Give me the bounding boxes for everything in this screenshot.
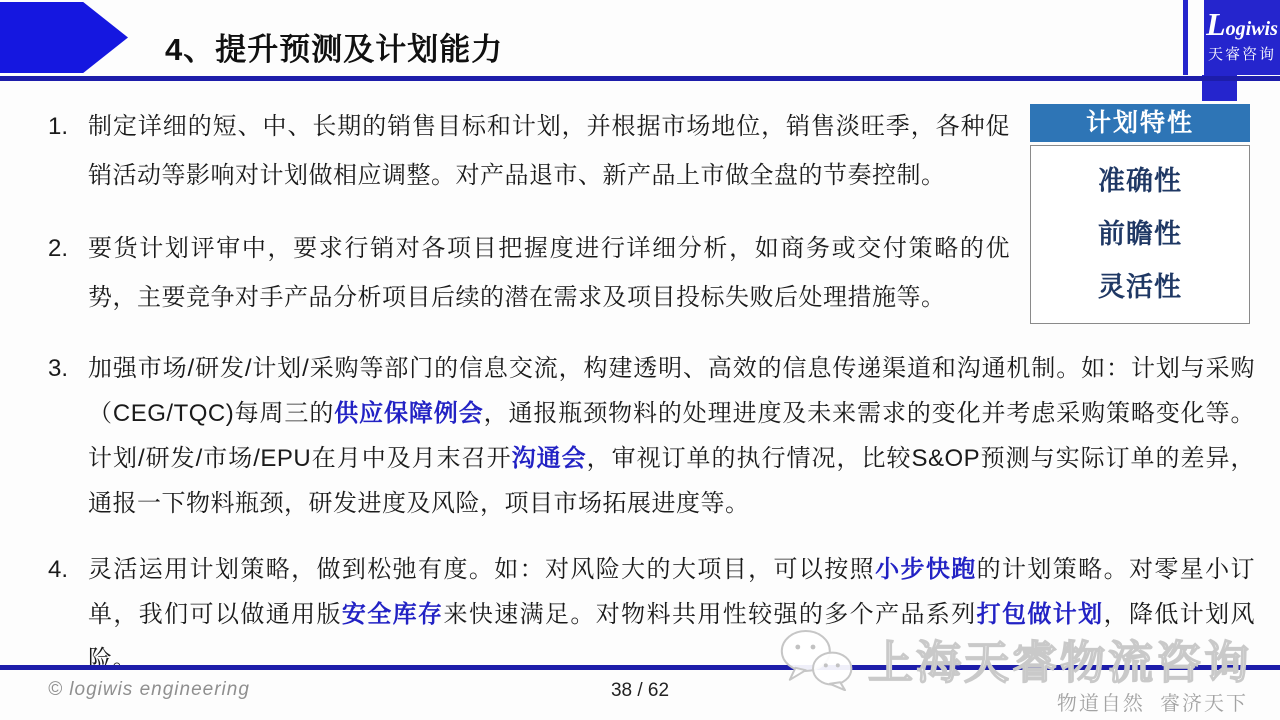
wechat-icon [776, 627, 858, 691]
logiwis-logo: Logiwis 天睿咨询 [1204, 0, 1280, 75]
list-item-number: 4. [48, 547, 88, 682]
highlighted-term: 小步快跑 [875, 556, 977, 583]
logo-subtitle: 天睿咨询 [1208, 43, 1276, 64]
side-box-title: 计划特性 [1030, 104, 1250, 142]
text-segment: 要货计划评审中，要求行销对各项目把握度进行详细分析，如商务或交付策略的优势，主要… [88, 235, 1010, 311]
side-box-item: 前瞻性 [1031, 208, 1249, 261]
plan-characteristics-box: 计划特性 准确性前瞻性灵活性 [1030, 104, 1250, 324]
list-item-text: 加强市场/研发/计划/采购等部门的信息交流，构建透明、高效的信息传递渠道和沟通机… [88, 346, 1255, 526]
watermark-text: 上海天睿物流咨询 [868, 626, 1252, 691]
list-item-text: 要货计划评审中，要求行销对各项目把握度进行详细分析，如商务或交付策略的优势，主要… [88, 224, 1010, 322]
text-segment: 来快速满足。对物料共用性较强的多个产品系列 [443, 601, 976, 628]
list-item-number: 2. [48, 224, 88, 322]
list-item-text: 制定详细的短、中、长期的销售目标和计划，并根据市场地位，销售淡旺季，各种促销活动… [88, 102, 1010, 200]
side-box-item: 灵活性 [1031, 261, 1249, 314]
header-divider-line [0, 76, 1280, 81]
list-item: 3.加强市场/研发/计划/采购等部门的信息交流，构建透明、高效的信息传递渠道和沟… [48, 346, 1255, 526]
header-arrow-shape [0, 2, 128, 73]
side-box-item: 准确性 [1031, 155, 1249, 208]
highlighted-term: 打包做计划 [977, 601, 1104, 628]
logo-brand-text: Logiwis [1206, 11, 1278, 42]
highlighted-term: 安全库存 [342, 601, 444, 628]
list-item-number: 1. [48, 102, 88, 200]
highlighted-term: 沟通会 [512, 445, 587, 472]
text-segment: 灵活运用计划策略，做到松弛有度。如：对风险大的大项目，可以按照 [88, 556, 875, 583]
page-title: 4、提升预测及计划能力 [165, 24, 503, 69]
footer-slogan: 物道自然 睿济天下 [1057, 687, 1248, 716]
text-segment: 制定详细的短、中、长期的销售目标和计划，并根据市场地位，销售淡旺季，各种促销活动… [88, 113, 1010, 189]
side-box-body: 准确性前瞻性灵活性 [1030, 145, 1250, 324]
highlighted-term: 供应保障例会 [334, 400, 483, 427]
logo-vertical-bar [1183, 0, 1188, 75]
list-item-number: 3. [48, 346, 88, 526]
watermark: 上海天睿物流咨询 [776, 626, 1252, 691]
